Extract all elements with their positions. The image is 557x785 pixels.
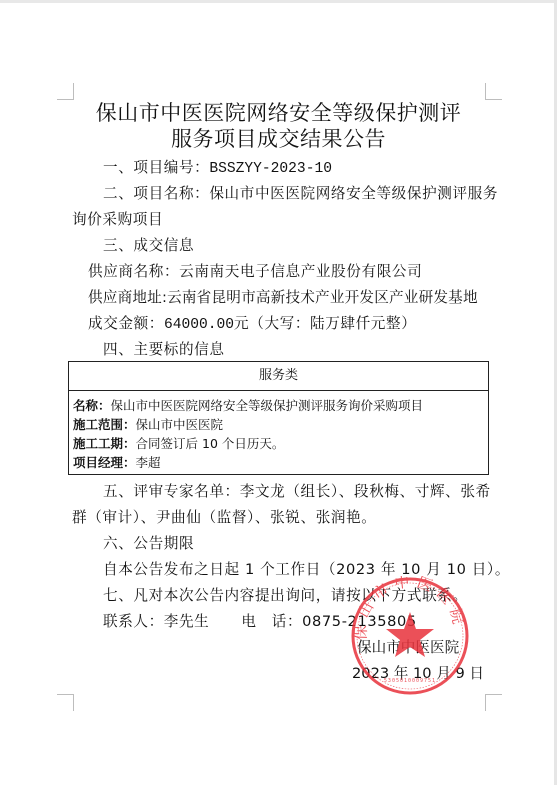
margin-corner-mark-bottom-left [57,694,74,711]
notice-period-text: 自本公告发布之日起 1 个工作日（2023 年 10 月 10 日）。 [103,557,510,583]
deal-amount-unit: 元 [234,315,249,332]
margin-corner-mark-top-left [57,83,74,100]
phone-label: 电 话： [241,613,302,630]
table-row-label: 项目经理： [73,455,136,470]
project-number-line: 一、项目编号：BSSZYY-2023-10 [103,155,332,182]
table-body: 名称：保山市中医医院网络安全等级保护测评服务询价采购项目 施工范围：保山市中医医… [69,391,488,472]
signature-date: 2023 年 10 月 9 日 [352,661,484,687]
margin-corner-mark-top-right [485,83,502,100]
document-title-line1: 保山市中医医院网络安全等级保护测评 [0,100,557,126]
table-row-label: 名称： [73,398,111,413]
notice-period-heading: 六、公告期限 [103,531,194,557]
deal-amount-value: 64000.00 [164,317,234,333]
project-name-line: 二、项目名称：保山市中医医院网络安全等级保护测评服务 [103,181,498,207]
deal-amount-line: 成交金额：64000.00元（大写：陆万肆仟元整） [88,311,416,338]
contact-name: 李先生 [164,613,210,630]
viewer-top-edge [0,0,557,3]
supplier-name-value: 云南南天电子信息产业股份有限公司 [179,263,422,280]
table-header-service-type: 服务类 [69,362,488,391]
main-subject-heading: 四、主要标的信息 [103,337,225,363]
supplier-name-label: 供应商名称： [88,263,179,280]
table-row-name: 名称：保山市中医医院网络安全等级保护测评服务询价采购项目 [73,396,488,415]
supplier-address-value: 云南省昆明市高新技术产业开发区产业研发基地 [167,289,478,306]
table-row-value: 合同签订后 10 个日历天。 [136,436,285,451]
table-row-label: 施工工期： [73,436,136,451]
phone-value: 0875-2135805 [302,613,417,630]
document-title-line2: 服务项目成交结果公告 [0,126,557,152]
inquiry-text: 七、凡对本次公告内容提出询问，请按以下方式联系。 [103,583,468,609]
margin-corner-mark-bottom-right [485,694,502,711]
project-number-label: 一、项目编号： [103,159,209,176]
table-row-value: 保山市中医医院 [136,417,224,432]
table-row-scope: 施工范围：保山市中医医院 [73,415,488,434]
main-subject-table: 服务类 名称：保山市中医医院网络安全等级保护测评服务询价采购项目 施工范围：保山… [68,361,489,475]
table-row-duration: 施工工期：合同签订后 10 个日历天。 [73,434,488,453]
supplier-name-line: 供应商名称：云南南天电子信息产业股份有限公司 [88,259,422,285]
supplier-address-line: 供应商地址:云南省昆明市高新技术产业开发区产业研发基地 [88,285,478,311]
deal-amount-label: 成交金额： [88,315,164,332]
project-name-label: 二、项目名称： [103,185,209,202]
contact-line: 联系人：李先生电 话：0875-2135805 [103,609,417,635]
deal-amount-words: （大写：陆万肆仟元整） [249,315,416,332]
supplier-address-label: 供应商地址: [88,289,167,306]
contact-label: 联系人： [103,613,164,630]
experts-line1: 五、评审专家名单：李文龙（组长）、段秋梅、寸辉、张希 [103,479,491,505]
project-name-continuation: 询价采购项目 [72,207,163,233]
experts-line2: 群（审计）、尹曲仙（监督）、张锐、张润艳。 [72,505,376,531]
project-number-value: BSSZYY-2023-10 [209,161,332,177]
project-name-value: 保山市中医医院网络安全等级保护测评服务 [209,185,498,202]
table-row-label: 施工范围： [73,417,136,432]
signature-org: 保山市中医医院 [357,635,459,661]
table-row-value: 李超 [136,455,161,470]
table-row-value: 保山市中医医院网络安全等级保护测评服务询价采购项目 [111,398,424,413]
deal-info-heading: 三、成交信息 [103,233,194,259]
table-row-manager: 项目经理：李超 [73,453,488,472]
